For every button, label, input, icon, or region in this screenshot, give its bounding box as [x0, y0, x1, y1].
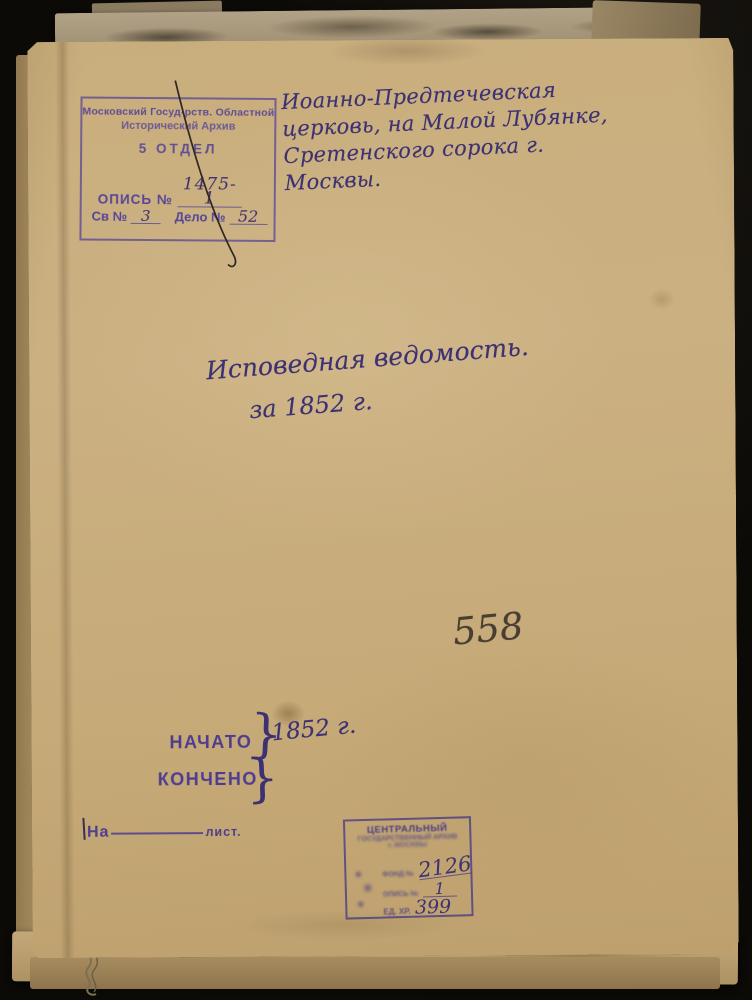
- started-stamp: НАЧАТО: [169, 732, 252, 754]
- ed-hr-value-handwritten: 399: [415, 900, 452, 916]
- sheets-blank-line: [111, 832, 203, 835]
- church-title-handwriting: Иоанно-Предтечевская церковь, на Малой Л…: [281, 74, 625, 197]
- ed-hr-row: ЕД. ХР. 399: [383, 897, 451, 917]
- pen-tick-mark: [82, 818, 85, 840]
- fond-row: ФОНД № 2126: [382, 858, 472, 878]
- central-archive-stamp: ЦЕНТРАЛЬНЫЙ ГОСУДАРСТВЕННЫЙ АРХИВ г. МОС…: [343, 816, 474, 919]
- document-title-handwriting: Исповедная ведомость. за 1852 г.: [205, 332, 533, 427]
- sheets-count-line: Налист.: [87, 823, 242, 842]
- year-handwritten: 1852 г.: [270, 713, 357, 747]
- page-number-pencil: 558: [451, 604, 525, 653]
- fold-crease: [55, 42, 75, 958]
- fond-value-handwritten: 2126: [417, 856, 472, 881]
- sv-value-handwritten: 3: [131, 210, 161, 224]
- fond-label: ФОНД №: [382, 871, 413, 879]
- sheets-suffix: лист.: [205, 825, 241, 839]
- pen-strike-line: [157, 71, 278, 292]
- central-stamp-illegible-marks: [349, 865, 380, 912]
- sv-label: Св №: [92, 209, 128, 224]
- archival-document-scan: Московский Госуд-рств. Областной Историч…: [0, 0, 752, 1000]
- stain: [649, 288, 675, 310]
- folder-cover: Московский Госуд-рств. Областной Историч…: [27, 38, 739, 958]
- ed-hr-label: ЕД. ХР.: [383, 907, 410, 917]
- document-title-line1: Исповедная ведомость.: [205, 332, 530, 385]
- document-title-line2: за 1852 г.: [248, 375, 533, 424]
- handwritten-brace-bottom: }: [245, 752, 280, 805]
- sheets-prefix: На: [87, 824, 110, 841]
- finished-stamp: КОНЧЕНО: [158, 769, 258, 791]
